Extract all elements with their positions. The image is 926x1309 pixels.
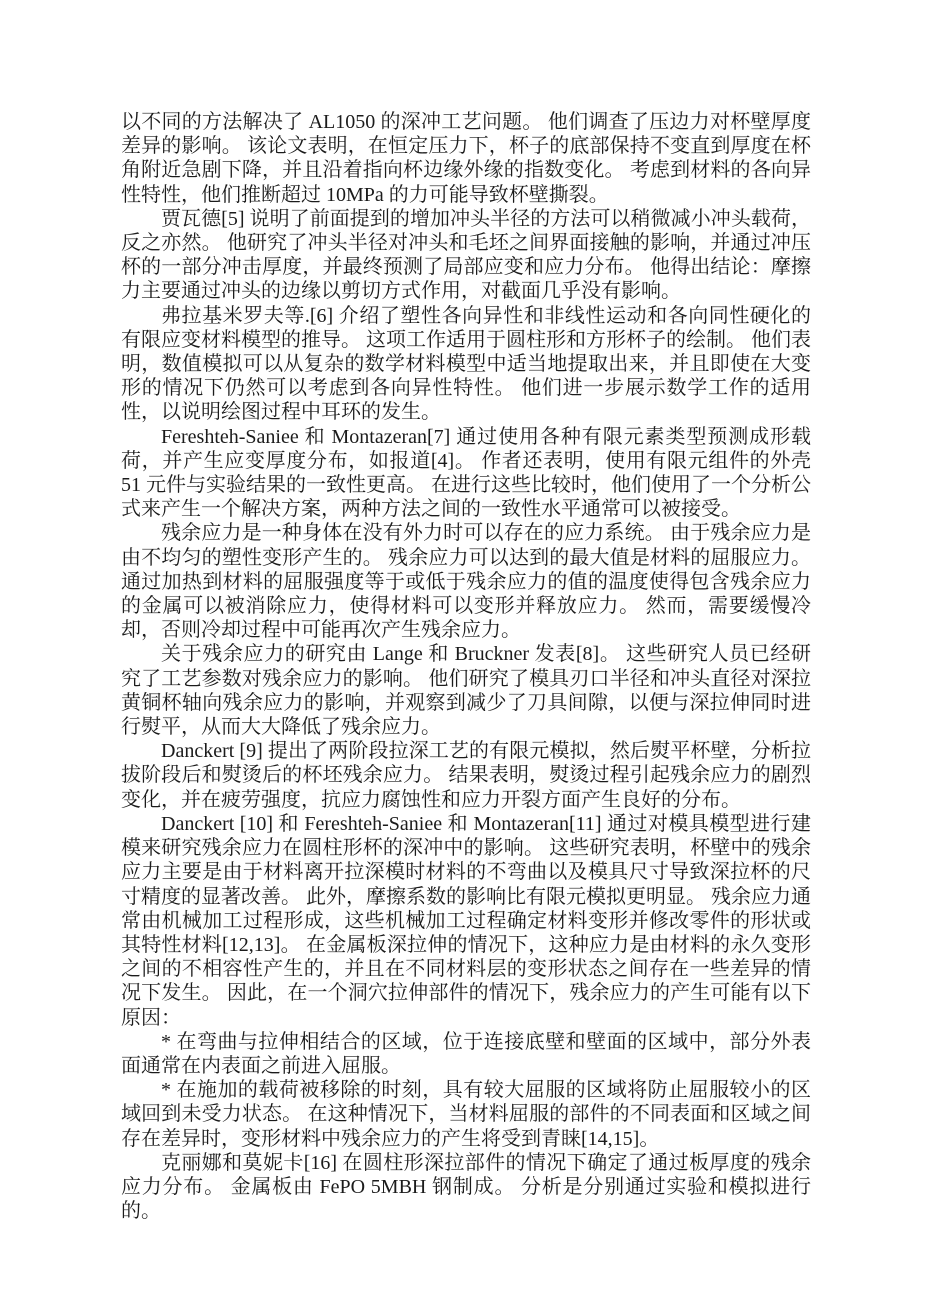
paragraph: 弗拉基米罗夫等.[6] 介绍了塑性各向异性和非线性运动和各向同性硬化的有限应变材… — [121, 304, 811, 425]
paragraph: Fereshteh-Saniee 和 Montazeran[7] 通过使用各种有… — [121, 425, 811, 522]
bullet-paragraph: * 在施加的载荷被移除的时刻，具有较大屈服的区域将防止屈服较小的区域回到未受力状… — [121, 1078, 811, 1151]
document-page: 以不同的方法解决了 AL1050 的深冲工艺问题。 他们调查了压边力对杯壁厚度差… — [0, 0, 926, 1309]
bullet-paragraph: * 在弯曲与拉伸相结合的区域，位于连接底壁和壁面的区域中，部分外表面通常在内表面… — [121, 1030, 811, 1078]
paragraph: 以不同的方法解决了 AL1050 的深冲工艺问题。 他们调查了压边力对杯壁厚度差… — [121, 110, 811, 207]
paragraph: 贾瓦德[5] 说明了前面提到的增加冲头半径的方法可以稍微减小冲头载荷，反之亦然。… — [121, 207, 811, 304]
paragraph: Danckert [9] 提出了两阶段拉深工艺的有限元模拟，然后熨平杯壁，分析拉… — [121, 739, 811, 812]
paragraph: 克丽娜和莫妮卡[16] 在圆柱形深拉部件的情况下确定了通过板厚度的残余应力分布。… — [121, 1151, 811, 1224]
paragraph: Danckert [10] 和 Fereshteh-Saniee 和 Monta… — [121, 812, 811, 1030]
paragraph: 残余应力是一种身体在没有外力时可以存在的应力系统。 由于残余应力是由不均匀的塑性… — [121, 521, 811, 642]
paragraph: 关于残余应力的研究由 Lange 和 Bruckner 发表[8]。 这些研究人… — [121, 642, 811, 739]
document-text: 以不同的方法解决了 AL1050 的深冲工艺问题。 他们调查了压边力对杯壁厚度差… — [121, 110, 811, 1223]
